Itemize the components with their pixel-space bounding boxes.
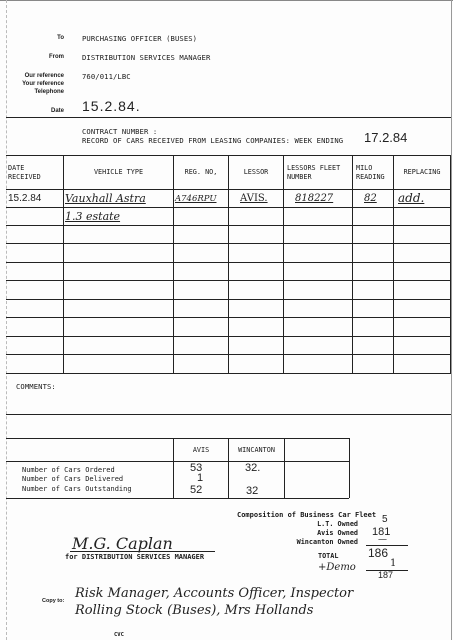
divider: [6, 117, 451, 118]
to-label: To: [4, 35, 64, 41]
from-value: DISTRIBUTION SERVICES MANAGER: [82, 53, 210, 62]
grand-total-value: 187: [378, 570, 393, 580]
to-value: PURCHASING OFFICER (BUSES): [82, 34, 197, 43]
cell-vehicle-type: Vauxhall Astra: [65, 192, 146, 205]
contract-number-label: CONTRACT NUMBER :: [82, 127, 157, 136]
summary-header-border: [6, 461, 349, 462]
date-value: 15.2.84.: [82, 98, 141, 114]
table-bottom-border: [6, 373, 451, 374]
avis-outstanding: 52: [190, 484, 202, 496]
cell-vehicle-type: 1.3 estate: [65, 210, 120, 223]
cell-milo-reading: 82: [364, 193, 377, 204]
date-label: Date: [4, 108, 64, 114]
cell-replacing: add.: [398, 191, 424, 205]
copy-to-label: Copy to:: [42, 598, 64, 604]
summary-header-wincanton: WINCANTON: [229, 440, 284, 460]
wincanton-ordered: 32.: [245, 462, 260, 474]
comments-label: COMMENTS:: [16, 382, 56, 391]
comments-underline: [6, 414, 451, 415]
avis-delivered: 1: [197, 472, 203, 484]
demo-label: +Demo: [318, 562, 356, 573]
column-divider: [352, 155, 353, 373]
summary-top-border: [6, 438, 349, 439]
copy-to-line-1: Risk Manager, Accounts Officer, Inspecto…: [75, 586, 353, 601]
cell-date-received: 15.2.84: [8, 193, 41, 204]
fleet-title: Composition of Business Car Fleet: [237, 511, 376, 519]
column-divider: [450, 155, 451, 373]
cell-fleet-number: 818227: [295, 193, 333, 204]
summary-header-avis: AVIS: [174, 440, 228, 460]
summary-column-divider: [284, 438, 285, 498]
your-reference-label: Your reference: [4, 81, 64, 87]
page-top-edge: [0, 0, 453, 1]
page-right-edge: [451, 0, 452, 640]
signature-line: [70, 551, 215, 552]
row-label-outstanding: Number of Cars Outstanding: [22, 485, 132, 493]
row-label-delivered: Number of Cars Delivered: [22, 475, 123, 483]
typist-initials: CVC: [114, 632, 124, 638]
lt-owned-value: 5: [382, 514, 388, 525]
demo-value: 1: [390, 558, 396, 569]
header-milo-reading: MILO READING: [356, 157, 392, 188]
header-replacing: REPLACING: [394, 157, 450, 188]
comments-value: [60, 380, 440, 392]
telephone-label: Telephone: [4, 89, 64, 95]
our-reference-label: Our reference: [4, 73, 64, 79]
punch-margin: [6, 0, 7, 640]
cell-lessor: AVIS.: [240, 193, 268, 204]
wincanton-owned-label: Wincanton Owned: [250, 538, 358, 546]
total-value: 186: [368, 546, 388, 560]
header-vehicle-type: VEHICLE TYPE: [64, 157, 173, 188]
lt-owned-label: L.T. Owned: [250, 520, 358, 528]
wincanton-owned-value: —: [378, 535, 387, 545]
header-date-received: DATE RECEIVED: [8, 157, 52, 188]
cell-reg-no: A746RPU: [175, 194, 217, 204]
record-title: RECORD OF CARS RECEIVED FROM LEASING COM…: [82, 136, 343, 145]
column-divider: [283, 155, 284, 373]
copy-to-line-2: Rolling Stock (Buses), Mrs Hollands: [75, 603, 313, 618]
summary-bottom-border: [6, 498, 349, 499]
total-label: TOTAL: [318, 552, 338, 560]
avis-owned-label: Avis Owned: [250, 529, 358, 537]
our-reference-value: 760/011/LBC: [82, 72, 131, 81]
header-lessor: LESSOR: [229, 157, 283, 188]
header-lessors-fleet-number: LESSORS FLEET NUMBER: [287, 157, 349, 188]
from-label: From: [4, 54, 64, 60]
wincanton-outstanding: 32: [246, 485, 258, 497]
summary-column-divider: [349, 438, 350, 498]
week-ending-value: 17.2.84: [364, 130, 407, 145]
header-reg-no: REG. NO,: [174, 157, 228, 188]
for-distribution-services-manager: for DISTRIBUTION SERVICES MANAGER: [65, 553, 204, 561]
row-label-ordered: Number of Cars Ordered: [22, 466, 115, 474]
